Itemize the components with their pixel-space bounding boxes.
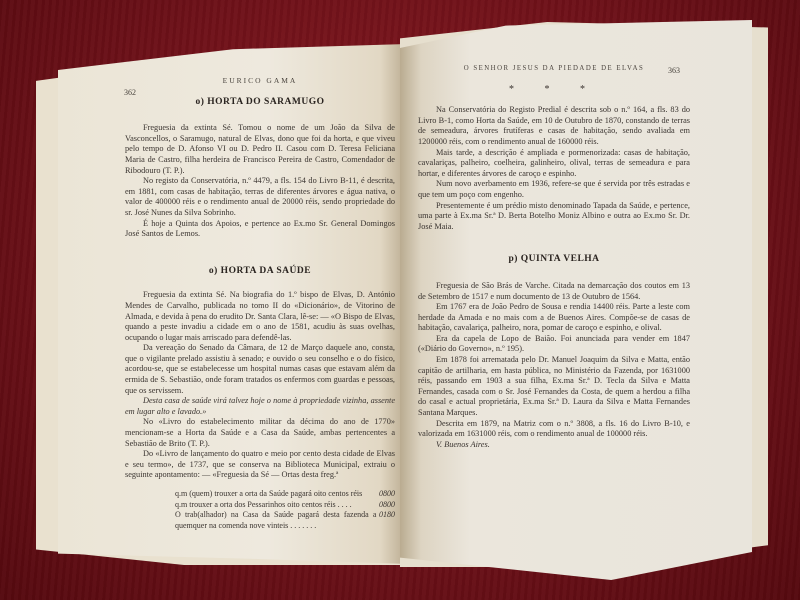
ledger-entry: O trab(alhador) na Casa da Saúde pagará … <box>125 510 395 531</box>
left-running-head: EURICO GAMA <box>125 76 395 87</box>
ledger-entry-text: q.m (quem) trouxer a orta da Saúde pagar… <box>175 489 362 500</box>
paragraph: Mais tarde, a descrição é ampliada e por… <box>418 148 690 180</box>
ledger-entry-text: O trab(alhador) na Casa da Saúde pagará … <box>175 510 376 531</box>
section-title-quinta-velha: p) QUINTA VELHA <box>418 254 690 265</box>
paragraph: Freguesia da extinta Sé. Tomou o nome de… <box>125 123 395 176</box>
right-running-head: O SENHOR JESUS DA PIEDADE DE ELVAS <box>418 64 690 75</box>
section-ornament: * * * <box>418 85 690 96</box>
paragraph: É hoje a Quinta dos Apoios, e pertence a… <box>125 219 395 240</box>
paragraph: No registo da Conservatória, n.º 4479, a… <box>125 176 395 218</box>
paragraph: Na Conservatória do Registo Predial é de… <box>418 105 690 147</box>
ledger-entry: q.m trouxer a orta dos Pessarinhos oito … <box>125 500 395 511</box>
paragraph: Desta casa de saúde virá talvez hoje o n… <box>125 396 395 417</box>
paragraph: Em 1767 era de João Pedro de Sousa e ren… <box>418 302 690 334</box>
left-page-text: EURICO GAMA o) HORTA DO SARAMUGO Fregues… <box>125 76 395 531</box>
right-page-text: O SENHOR JESUS DA PIEDADE DE ELVAS * * *… <box>418 64 690 450</box>
ledger-entry-value: 0800 <box>365 500 395 511</box>
paragraph: Era da capela de Lopo de Baião. Foi anun… <box>418 334 690 355</box>
paragraph: V. Buenos Aires. <box>418 440 690 451</box>
paragraph: No «Livro do estabelecimento militar da … <box>125 417 395 449</box>
paragraph: Em 1878 foi arrematada pelo Dr. Manuel J… <box>418 355 690 419</box>
paragraph: Do «Livro de lançamento do quatro e meio… <box>125 449 395 481</box>
paragraph: Da vereação do Senado da Câmara, de 12 d… <box>125 343 395 396</box>
section-title-horta-do-saramugo: o) HORTA DO SARAMUGO <box>125 97 395 108</box>
paragraph: Num novo averbamento em 1936, refere-se … <box>418 179 690 200</box>
paragraph: Freguesia da extinta Sé. Na biografia do… <box>125 290 395 343</box>
ledger-entry-value: 0180 <box>376 510 395 531</box>
paragraph: Descrita em 1879, na Matriz com o n.º 38… <box>418 419 690 440</box>
paragraph: Freguesia de São Brás de Varche. Citada … <box>418 281 690 302</box>
ledger-entry-text: q.m trouxer a orta dos Pessarinhos oito … <box>175 500 352 511</box>
section-title-horta-da-saude: o) HORTA DA SAÚDE <box>125 266 395 277</box>
paragraph: Presentemente é um prédio misto denomina… <box>418 201 690 233</box>
ledger-entry: q.m (quem) trouxer a orta da Saúde pagar… <box>125 489 395 500</box>
ledger-entry-value: 0800 <box>365 489 395 500</box>
